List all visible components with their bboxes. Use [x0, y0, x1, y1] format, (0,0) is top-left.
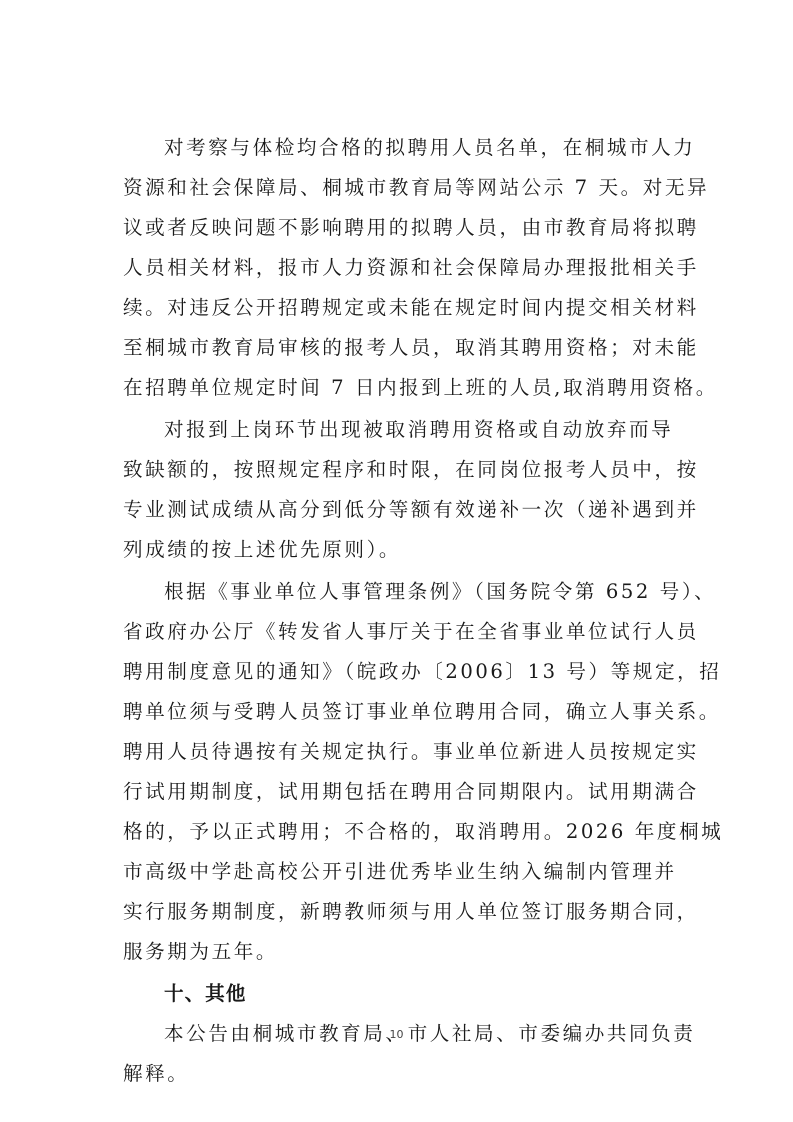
paragraph-line: 人员相关材料，报市人力资源和社会保障局办理报批相关手 [123, 248, 699, 288]
paragraph-line: 专业测试成绩从高分到低分等额有效递补一次（递补遇到并 [123, 490, 699, 530]
paragraph-line: 至桐城市教育局审核的报考人员，取消其聘用资格；对未能 [123, 328, 699, 368]
paragraph-line: 资源和社会保障局、桐城市教育局等网站公示 7 天。对无异 [123, 168, 709, 208]
paragraph-line: 聘用制度意见的通知》（皖政办〔2006〕13 号）等规定，招 [123, 652, 721, 692]
paragraph-line: 对考察与体检均合格的拟聘用人员名单，在桐城市人力 [164, 128, 695, 168]
paragraph-line: 行试用期制度，试用期包括在聘用合同期限内。试用期满合 [123, 772, 699, 812]
paragraph-line: 致缺额的，按照规定程序和时限，在同岗位报考人员中，按 [123, 450, 699, 490]
paragraph-line: 省政府办公厅《转发省人事厅关于在全省事业单位试行人员 [123, 612, 699, 652]
paragraph-line: 对报到上岗环节出现被取消聘用资格或自动放弃而导 [164, 410, 673, 450]
section-heading: 十、其他 [164, 974, 246, 1014]
paragraph-line: 列成绩的按上述优先原则）。 [123, 530, 401, 570]
paragraph-line: 解释。 [123, 1054, 189, 1094]
page-number: 10 [0, 1028, 793, 1041]
paragraph-line: 格的，予以正式聘用；不合格的，取消聘用。2026 年度桐城 [123, 812, 723, 852]
paragraph-line: 聘用人员待遇按有关规定执行。事业单位新进人员按规定实 [123, 732, 699, 772]
paragraph-line: 议或者反映问题不影响聘用的拟聘人员，由市教育局将拟聘 [123, 208, 699, 248]
paragraph-line: 市高级中学赴高校公开引进优秀毕业生纳入编制内管理并 [123, 852, 677, 892]
paragraph-line: 在招聘单位规定时间 7 日内报到上班的人员,取消聘用资格。 [123, 368, 718, 408]
paragraph-line: 续。对违反公开招聘规定或未能在规定时间内提交相关材料 [123, 288, 699, 328]
paragraph-line: 实行服务期制度，新聘教师须与用人单位签订服务期合同， [123, 892, 699, 932]
paragraph-line: 根据《事业单位人事管理条例》（国务院令第 652 号）、 [164, 572, 716, 612]
paragraph-line: 聘单位须与受聘人员签订事业单位聘用合同，确立人事关系。 [123, 692, 721, 732]
paragraph-line: 服务期为五年。 [123, 932, 278, 972]
